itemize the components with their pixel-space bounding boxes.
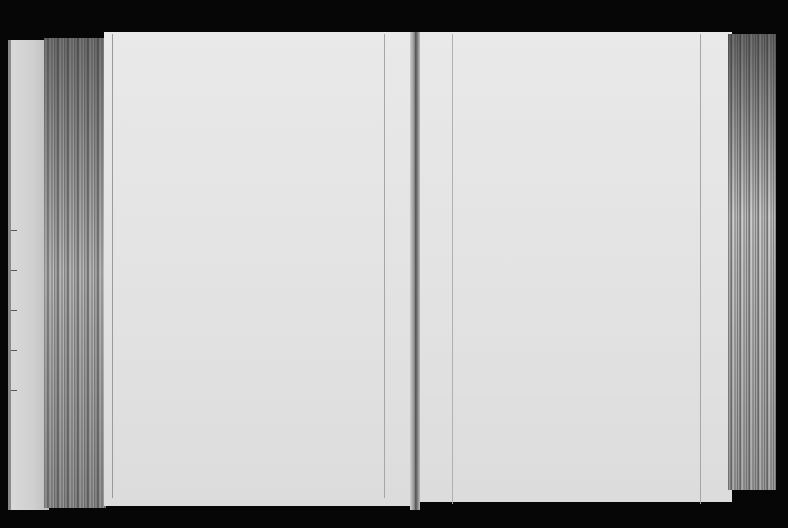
margin-rule	[700, 34, 701, 504]
book-gutter	[410, 32, 420, 510]
page-stack-right	[728, 34, 776, 490]
margin-rule	[112, 34, 113, 498]
ledger-scan	[0, 0, 788, 528]
page-stack-left	[8, 40, 49, 510]
ruler-tick	[11, 230, 17, 231]
margin-rule	[384, 34, 385, 498]
margin-rule	[452, 34, 453, 504]
left-page	[104, 32, 414, 506]
right-page	[418, 32, 732, 502]
ruler-tick	[11, 390, 17, 391]
page-fold-shadow	[44, 38, 106, 508]
ruler-tick	[11, 310, 17, 311]
ruler-tick	[11, 270, 17, 271]
ruler-tick	[11, 350, 17, 351]
